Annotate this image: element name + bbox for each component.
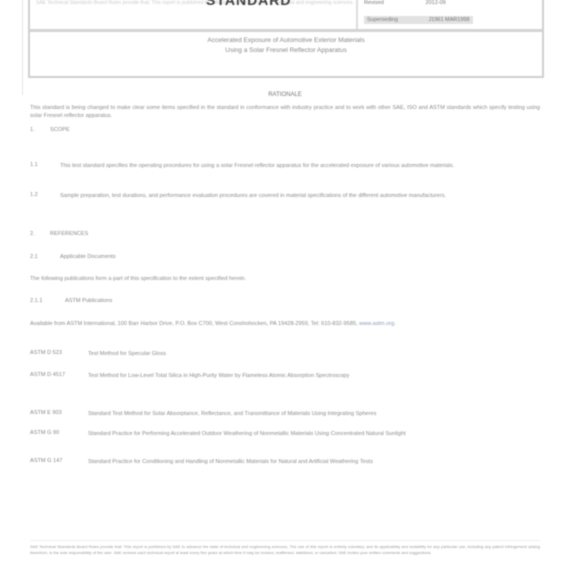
section-2-1-num: 2.1 [30, 254, 38, 260]
header-note: SAE Technical Standards Board Rules prov… [36, 0, 354, 6]
section-1-1-num: 1.1 [30, 162, 38, 168]
superseding-row: Superseding J1961 MAR1998 [364, 16, 473, 24]
title-line-2: Using a Solar Fresnel Reflector Apparatu… [30, 46, 542, 56]
reference-id: ASTM D 523 [30, 350, 88, 356]
document-title: Accelerated Exposure of Automotive Exter… [30, 36, 542, 56]
reference-id: ASTM D 4517 [30, 372, 88, 378]
legal-footer: SAE Technical Standards Board Rules prov… [30, 540, 540, 555]
section-1-2-text: Sample preparation, test durations, and … [60, 192, 540, 200]
rationale-heading: RATIONALE [0, 92, 570, 98]
section-2-1-title: Applicable Documents [60, 254, 116, 260]
reference-title: Test Method for Specular Gloss [88, 350, 540, 358]
revised-value: 2012-09 [426, 0, 446, 6]
section-2-1-1-title: ASTM Publications [65, 298, 112, 304]
section-2-num: 2. [30, 231, 35, 237]
section-1-num: 1. [30, 127, 35, 133]
reference-id: ASTM G 90 [30, 430, 88, 436]
document-header: SAE Technical Standards Board Rules prov… [28, 0, 544, 78]
title-line-1: Accelerated Exposure of Automotive Exter… [30, 36, 542, 46]
rationale-text: This standard is being changed to make c… [30, 104, 540, 120]
standard-logo: STANDARD [206, 0, 292, 8]
document-page: SAE Technical Standards Board Rules prov… [0, 0, 570, 570]
superseding-value: J1961 MAR1998 [429, 17, 470, 23]
superseding-label: Superseding [367, 17, 427, 23]
revised-label: Revised [364, 0, 424, 6]
header-top-band: SAE Technical Standards Board Rules prov… [30, 0, 542, 32]
astm-link[interactable]: www.astm.org. [359, 321, 396, 327]
reference-title: Standard Practice for Performing Acceler… [88, 430, 540, 438]
header-info-block: Revised 2012-09 Superseding J1961 MAR199… [356, 0, 548, 29]
reference-title: Standard Practice for Conditioning and H… [88, 458, 540, 466]
astm-availability: Available from ASTM International, 100 B… [30, 320, 540, 328]
reference-title: Standard Test Method for Solar Absorptan… [88, 410, 540, 418]
reference-id: ASTM E 903 [30, 410, 88, 416]
section-2-1-1-num: 2.1.1 [30, 298, 42, 304]
astm-address: Available from ASTM International, 100 B… [30, 321, 358, 327]
revised-row: Revised 2012-09 [364, 0, 446, 6]
section-1-title: SCOPE [50, 127, 70, 133]
section-2-1-text: The following publications form a part o… [30, 275, 540, 283]
section-1-1-text: This test standard specifies the operati… [60, 162, 540, 170]
section-1-2-num: 1.2 [30, 192, 38, 198]
reference-id: ASTM G 147 [30, 458, 88, 464]
reference-title: Test Method for Low-Level Total Silica i… [88, 372, 540, 380]
section-2-title: REFERENCES [50, 231, 88, 237]
margin-rule [22, 0, 23, 95]
